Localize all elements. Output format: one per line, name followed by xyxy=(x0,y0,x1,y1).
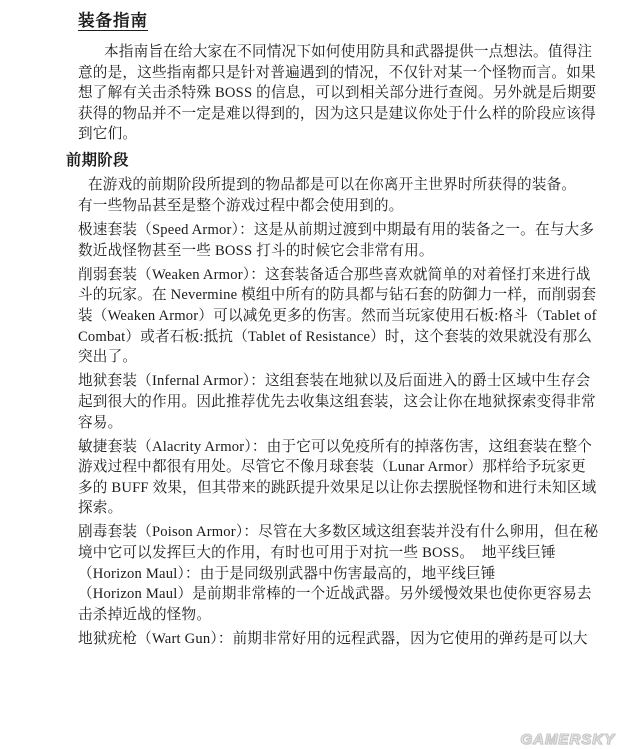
text-line: 地狱疣枪（Wart Gun）：前期非常好用的远程武器，因为它使用的弹药是可以大 xyxy=(78,629,590,650)
text-line: 想了解有关击杀特殊 BOSS 的信息，可以到相关部分进行查阅。另外就是后期要 xyxy=(78,83,590,104)
text-line: 数近战怪物甚至一些 BOSS 打斗的时候它会非常有用。 xyxy=(78,241,590,262)
section-heading-early-stage: 前期阶段 xyxy=(66,150,590,172)
paragraph-poison-armor-horizon-maul: 剧毒套装（Poison Armor）：尽管在大多数区域这组套装并没有什么卵用，但… xyxy=(78,522,590,625)
paragraph-infernal-armor: 地狱套装（Infernal Armor）：这组套装在地狱以及后面进入的爵士区域中… xyxy=(78,371,590,433)
text-line: （Horizon Maul）是前期非常棒的一个近战武器。另外缓慢效果也使你更容易… xyxy=(78,584,590,605)
text-line: 斗的玩家。在 Nevermine 模组中所有的防具都与钻石套的防御力一样，而削弱… xyxy=(78,285,590,306)
text-line: 极速套装（Speed Armor）：这是从前期过渡到中期最有用的装备之一。在与大… xyxy=(78,220,590,241)
text-line: 容易。 xyxy=(78,413,590,434)
intro-paragraph: 本指南旨在给大家在不同情况下如何使用防具和武器提供一点想法。值得注 意的是，这些… xyxy=(78,42,590,145)
text-line: Combat）或者石板:抵抗（Tablet of Resistance）时，这个… xyxy=(78,327,590,348)
text-line: 剧毒套装（Poison Armor）：尽管在大多数区域这组套装并没有什么卵用，但… xyxy=(78,522,590,543)
text-line: 到它们。 xyxy=(78,124,590,145)
text-line: 有一些物品甚至是整个游戏过程中都会使用到的。 xyxy=(78,196,590,217)
page-title: 装备指南 xyxy=(78,10,590,32)
text-line: 敏捷套装（Alacrity Armor）：由于它可以免疫所有的掉落伤害，这组套装… xyxy=(78,437,590,458)
gamersky-watermark-logo: GAMERSKY xyxy=(520,731,615,748)
paragraph-weaken-armor: 削弱套装（Weaken Armor）：这套装备适合那些喜欢就简单的对着怪打来进行… xyxy=(78,265,590,368)
text-line: 削弱套装（Weaken Armor）：这套装备适合那些喜欢就简单的对着怪打来进行… xyxy=(78,265,590,286)
text-line: 意的是，这些指南都只是针对普遍遇到的情况，不仅针对某一个怪物而言。如果 xyxy=(78,63,590,84)
paragraph-early-stage-overview: 在游戏的前期阶段所提到的物品都是可以在你离开主世界时所获得的装备。 有一些物品甚… xyxy=(78,175,590,216)
text-line: 击杀掉近战的怪物。 xyxy=(78,605,590,626)
text-line: 境中它可以发挥巨大的作用，有时也可用于对抗一些 BOSS。 地平线巨锤 xyxy=(78,543,590,564)
paragraph-wart-gun: 地狱疣枪（Wart Gun）：前期非常好用的远程武器，因为它使用的弹药是可以大 xyxy=(78,629,590,650)
paragraph-speed-armor: 极速套装（Speed Armor）：这是从前期过渡到中期最有用的装备之一。在与大… xyxy=(78,220,590,261)
text-line: 在游戏的前期阶段所提到的物品都是可以在你离开主世界时所获得的装备。 xyxy=(78,175,590,196)
paragraph-alacrity-armor: 敏捷套装（Alacrity Armor）：由于它可以免疫所有的掉落伤害，这组套装… xyxy=(78,437,590,519)
text-line: 装（Weaken Armor）可以减免更多的伤害。然而当玩家使用石板:格斗（Ta… xyxy=(78,306,590,327)
text-line: （Horizon Maul）：由于是同级别武器中伤害最高的，地平线巨锤 xyxy=(78,564,590,585)
text-line: 多的 BUFF 效果，但其带来的跳跃提升效果足以让你去摆脱怪物和进行未知区域 xyxy=(78,478,590,499)
text-line: 起到很大的作用。因此推荐优先去收集这组套装，这会让你在地狱探索变得非常 xyxy=(78,392,590,413)
text-line: 地狱套装（Infernal Armor）：这组套装在地狱以及后面进入的爵士区域中… xyxy=(78,371,590,392)
text-line: 本指南旨在给大家在不同情况下如何使用防具和武器提供一点想法。值得注 xyxy=(78,42,590,63)
text-line: 获得的物品并不一定是难以得到的，因为这只是建议你处于什么样的阶段应该得 xyxy=(78,104,590,125)
document-page: 装备指南 本指南旨在给大家在不同情况下如何使用防具和武器提供一点想法。值得注 意… xyxy=(0,0,620,749)
text-line: 探索。 xyxy=(78,498,590,519)
text-line: 突出了。 xyxy=(78,347,590,368)
text-line: 游戏过程中都很有用处。尽管它不像月球套装（Lunar Armor）那样给予玩家更 xyxy=(78,457,590,478)
